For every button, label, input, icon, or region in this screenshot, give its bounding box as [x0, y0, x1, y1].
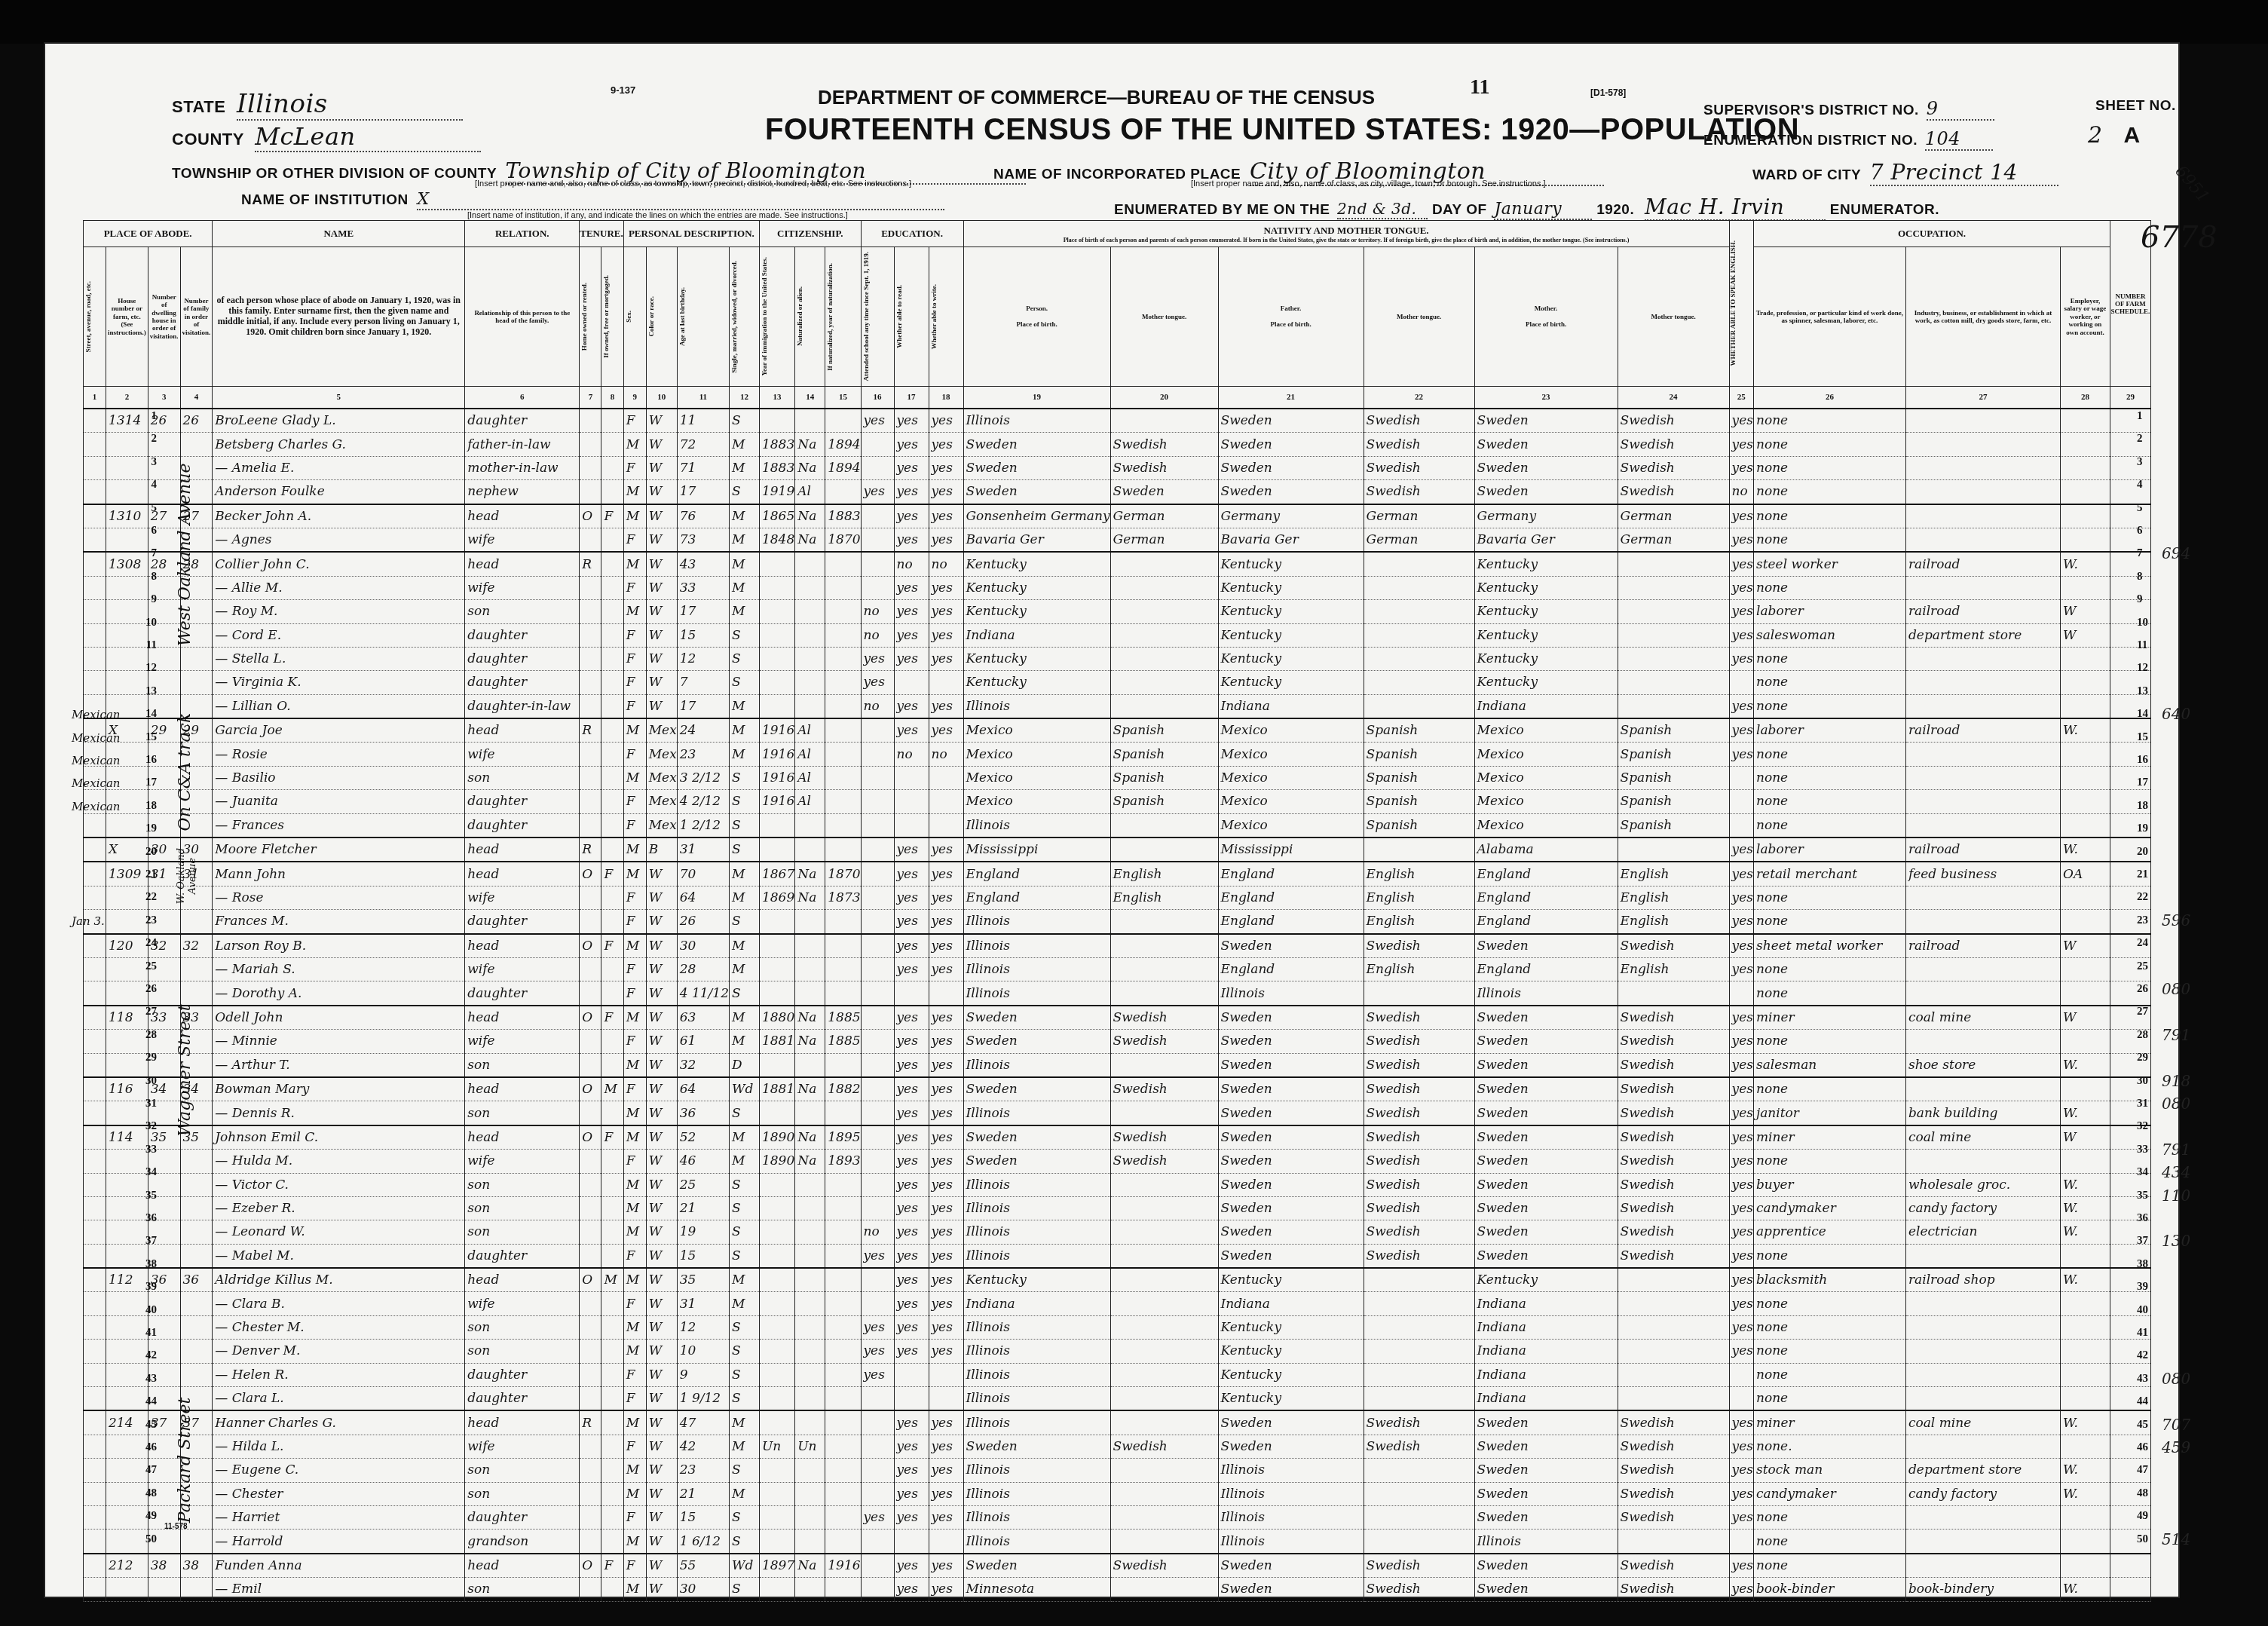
- cell-marital: S: [729, 1101, 759, 1125]
- cell-home: [580, 647, 601, 670]
- table-row: — HarroldgrandsonMW1 6/12SIllinoisIllino…: [84, 1530, 2151, 1554]
- cell-school: [861, 1077, 894, 1101]
- cell-name: Collier John C.: [213, 552, 465, 576]
- cell-class: W.: [2060, 552, 2110, 576]
- cell-read: yes: [894, 1315, 929, 1339]
- cell-race: W: [646, 1554, 677, 1578]
- cell-street: [84, 1196, 106, 1220]
- cell-m_tongue: [1618, 623, 1729, 647]
- cell-sex: F: [623, 1435, 646, 1458]
- col-number-12: 12: [729, 387, 759, 409]
- cell-tongue: Spanish: [1110, 766, 1218, 789]
- col-3-header: Number of dwelling house in order of vis…: [148, 247, 180, 387]
- cell-school: [861, 743, 894, 766]
- cell-read: yes: [894, 1101, 929, 1125]
- cell-class: [2060, 1315, 2110, 1339]
- cell-school: [861, 1006, 894, 1030]
- cell-sex: M: [623, 718, 646, 743]
- cell-sex: M: [623, 1459, 646, 1482]
- cell-tongue: Swedish: [1110, 1150, 1218, 1173]
- cell-m_tongue: Swedish: [1618, 934, 1729, 958]
- cell-m_birth: Indiana: [1474, 694, 1618, 718]
- cell-tongue: Spanish: [1110, 790, 1218, 813]
- supervisor-value: 9: [1927, 98, 1994, 121]
- col-19-header: Person.Place of birth.: [963, 247, 1110, 387]
- cell-mort: [601, 694, 623, 718]
- cell-school: [861, 718, 894, 743]
- cell-name: Moore Fletcher: [213, 837, 465, 862]
- cell-relation: daughter: [465, 671, 580, 694]
- sheet-label: Sheet No.: [2095, 98, 2176, 115]
- line-number: 30: [2137, 1075, 2158, 1088]
- cell-class: [2060, 1340, 2110, 1363]
- cell-trade: none: [1753, 743, 1905, 766]
- cell-immig: [759, 957, 794, 981]
- cell-trade: none: [1753, 1530, 1905, 1554]
- cell-immig: [759, 837, 794, 862]
- cell-nat: [795, 600, 825, 623]
- cell-age: 4 11/12: [677, 981, 729, 1006]
- line-number: 36: [136, 1212, 157, 1225]
- cell-mort: [601, 813, 623, 837]
- cell-class: W.: [2060, 1220, 2110, 1244]
- cell-m_birth: Sweden: [1474, 1244, 1618, 1268]
- cell-age: 1 2/12: [677, 813, 729, 837]
- cell-industry: feed business: [1905, 862, 2060, 886]
- table-row: — Ezeber R.sonMW21SyesyesIllinoisSwedenS…: [84, 1196, 2151, 1220]
- cell-mort: [601, 790, 623, 813]
- cell-relation: daughter: [465, 981, 580, 1006]
- cell-immig: [759, 1530, 794, 1554]
- cell-m_tongue: Swedish: [1618, 1244, 1729, 1268]
- cell-trade: none: [1753, 480, 1905, 504]
- cell-race: W: [646, 1173, 677, 1196]
- cell-m_tongue: [1618, 694, 1729, 718]
- cell-immig: [759, 1220, 794, 1244]
- cell-trade: laborer: [1753, 837, 1905, 862]
- township-label: Township or other division of county: [172, 166, 497, 182]
- col-number-2: 2: [106, 387, 148, 409]
- cell-nat: [795, 1173, 825, 1196]
- cell-street: [84, 1363, 106, 1386]
- cell-street: [84, 862, 106, 886]
- cell-m_tongue: Swedish: [1618, 456, 1729, 479]
- cell-home: [580, 1173, 601, 1196]
- table-row: — Dennis R.sonMW36SyesyesIllinoisSwedenS…: [84, 1101, 2151, 1125]
- cell-birth: England: [963, 886, 1110, 909]
- ed-label: Enumeration District No.: [1703, 133, 1918, 149]
- line-number: 41: [2137, 1327, 2158, 1340]
- cell-street: [84, 409, 106, 433]
- column-number-row: 1234567891011121314151617181920212223242…: [84, 387, 2151, 409]
- cell-m_tongue: Swedish: [1618, 1459, 1729, 1482]
- cell-natyr: 1885: [825, 1030, 861, 1053]
- cell-marital: S: [729, 1505, 759, 1529]
- cell-class: W: [2060, 1125, 2110, 1150]
- cell-english: yes: [1729, 1006, 1753, 1030]
- street-name: Wagoner Street: [176, 910, 194, 1231]
- cell-school: no: [861, 1220, 894, 1244]
- cell-race: W: [646, 480, 677, 504]
- cell-name: — Mabel M.: [213, 1244, 465, 1268]
- cell-class: W.: [2060, 1482, 2110, 1505]
- cell-race: W: [646, 1196, 677, 1220]
- line-number: 27: [136, 1006, 157, 1018]
- cell-age: 33: [677, 576, 729, 599]
- cell-age: 24: [677, 718, 729, 743]
- cell-name: — Harrold: [213, 1530, 465, 1554]
- cell-m_tongue: Swedish: [1618, 1410, 1729, 1435]
- cell-nat: Na: [795, 1125, 825, 1150]
- cell-industry: bank building: [1905, 1101, 2060, 1125]
- cell-industry: book-bindery: [1905, 1578, 2060, 1601]
- cell-immig: [759, 600, 794, 623]
- cell-home: [580, 1292, 601, 1315]
- cell-relation: son: [465, 1220, 580, 1244]
- cell-mort: [601, 1459, 623, 1482]
- cell-m_birth: Sweden: [1474, 1196, 1618, 1220]
- cell-nat: [795, 981, 825, 1006]
- occupation-code: 080: [2162, 980, 2190, 998]
- cell-birth: Kentucky: [963, 600, 1110, 623]
- cell-nat: [795, 910, 825, 934]
- cell-relation: wife: [465, 743, 580, 766]
- cell-trade: laborer: [1753, 718, 1905, 743]
- col-16-header: Attended school any time since Sept. 1, …: [861, 247, 894, 387]
- cell-read: yes: [894, 1053, 929, 1077]
- cell-m_tongue: [1618, 600, 1729, 623]
- cell-home: O: [580, 504, 601, 528]
- cell-sex: M: [623, 1006, 646, 1030]
- cell-write: yes: [929, 1578, 963, 1601]
- cell-industry: coal mine: [1905, 1125, 2060, 1150]
- line-number: 26: [2137, 983, 2158, 996]
- cell-marital: M: [729, 886, 759, 909]
- cell-name: — Roy M.: [213, 600, 465, 623]
- cell-relation: daughter: [465, 409, 580, 433]
- cell-school: [861, 957, 894, 981]
- cell-trade: salesman: [1753, 1053, 1905, 1077]
- cell-trade: none: [1753, 671, 1905, 694]
- cell-natyr: [825, 766, 861, 789]
- cell-school: [861, 1101, 894, 1125]
- line-number: 23: [2137, 914, 2158, 927]
- occupation-code: 596: [2162, 911, 2190, 929]
- cell-industry: railroad: [1905, 718, 2060, 743]
- col-number-26: 26: [1753, 387, 1905, 409]
- cell-home: [580, 1435, 601, 1458]
- cell-f_tongue: Swedish: [1364, 1220, 1474, 1244]
- cell-f_birth: Mexico: [1218, 790, 1364, 813]
- cell-nat: Al: [795, 790, 825, 813]
- cell-birth: Mississippi: [963, 837, 1110, 862]
- cell-mort: [601, 1315, 623, 1339]
- cell-tongue: Sweden: [1110, 480, 1218, 504]
- cell-sex: F: [623, 1292, 646, 1315]
- cell-m_tongue: Spanish: [1618, 813, 1729, 837]
- cell-class: [2060, 694, 2110, 718]
- occupation-code: 110: [2162, 1187, 2190, 1205]
- cell-write: [929, 1530, 963, 1554]
- cell-marital: S: [729, 480, 759, 504]
- cell-birth: Minnesota: [963, 1578, 1110, 1601]
- cell-name: — Basilio: [213, 766, 465, 789]
- cell-m_tongue: [1618, 837, 1729, 862]
- cell-name: — Minnie: [213, 1030, 465, 1053]
- cell-f_tongue: [1364, 647, 1474, 670]
- cell-street: [84, 456, 106, 479]
- cell-f_birth: Mexico: [1218, 813, 1364, 837]
- cell-trade: steel worker: [1753, 552, 1905, 576]
- cell-mort: [601, 1505, 623, 1529]
- census-table: Place of Abode. Name Relation. Tenure. P…: [83, 220, 2151, 1602]
- cell-marital: Wd: [729, 1077, 759, 1101]
- cell-read: yes: [894, 957, 929, 981]
- cell-sex: F: [623, 910, 646, 934]
- cell-f_tongue: [1364, 1482, 1474, 1505]
- cell-nat: [795, 1363, 825, 1386]
- cell-school: [861, 1482, 894, 1505]
- cell-read: [894, 981, 929, 1006]
- cell-race: W: [646, 409, 677, 433]
- cell-race: B: [646, 837, 677, 862]
- cell-industry: [1905, 1244, 2060, 1268]
- cell-age: 9: [677, 1363, 729, 1386]
- cell-natyr: [825, 813, 861, 837]
- cell-race: W: [646, 1578, 677, 1601]
- cell-industry: [1905, 743, 2060, 766]
- table-row: — FrancesdaughterFMex1 2/12SIllinoisMexi…: [84, 813, 2151, 837]
- cell-f_birth: Sweden: [1218, 1077, 1364, 1101]
- cell-age: 35: [677, 1268, 729, 1292]
- cell-nat: [795, 1053, 825, 1077]
- cell-f_tongue: [1364, 1292, 1474, 1315]
- cell-f_birth: Sweden: [1218, 1410, 1364, 1435]
- cell-read: [894, 813, 929, 837]
- cell-nat: [795, 694, 825, 718]
- cell-home: [580, 1244, 601, 1268]
- cell-industry: [1905, 1505, 2060, 1529]
- cell-name: Bowman Mary: [213, 1077, 465, 1101]
- cell-write: yes: [929, 456, 963, 479]
- cell-f_birth: Sweden: [1218, 1220, 1364, 1244]
- cell-natyr: 1893: [825, 1150, 861, 1173]
- cell-english: yes: [1729, 1125, 1753, 1150]
- cell-trade: none: [1753, 1554, 1905, 1578]
- cell-f_birth: Kentucky: [1218, 647, 1364, 670]
- cell-f_birth: Sweden: [1218, 1006, 1364, 1030]
- cell-natyr: [825, 623, 861, 647]
- table-row: X2929Garcia JoeheadRMMex24M1916AlyesyesM…: [84, 718, 2151, 743]
- cell-street: [84, 1459, 106, 1482]
- cell-trade: none: [1753, 409, 1905, 433]
- cell-birth: Illinois: [963, 1220, 1110, 1244]
- cell-m_tongue: Swedish: [1618, 1101, 1729, 1125]
- cell-m_tongue: Spanish: [1618, 718, 1729, 743]
- cell-f_tongue: Swedish: [1364, 480, 1474, 504]
- cell-birth: Illinois: [963, 1505, 1110, 1529]
- cell-home: [580, 766, 601, 789]
- cell-race: W: [646, 1125, 677, 1150]
- cell-f_birth: Sweden: [1218, 1150, 1364, 1173]
- cell-race: W: [646, 576, 677, 599]
- cell-family: 38: [180, 1554, 213, 1578]
- cell-class: W.: [2060, 1101, 2110, 1125]
- cell-home: [580, 1315, 601, 1339]
- scan-border-top: [0, 0, 2268, 44]
- cell-f_tongue: Swedish: [1364, 456, 1474, 479]
- cell-relation: wife: [465, 1292, 580, 1315]
- cell-f_birth: Mexico: [1218, 766, 1364, 789]
- cell-tongue: [1110, 409, 1218, 433]
- cell-birth: Illinois: [963, 1244, 1110, 1268]
- cell-race: W: [646, 910, 677, 934]
- cell-trade: blacksmith: [1753, 1268, 1905, 1292]
- cell-age: 15: [677, 1244, 729, 1268]
- cell-tongue: [1110, 1387, 1218, 1411]
- cell-marital: M: [729, 433, 759, 456]
- cell-dwelling: 38: [148, 1554, 180, 1578]
- line-number: 28: [136, 1029, 157, 1042]
- cell-english: [1729, 766, 1753, 789]
- ward-label: Ward of city: [1752, 167, 1861, 183]
- cell-read: yes: [894, 886, 929, 909]
- table-row: — Leonard W.sonMW19SnoyesyesIllinoisSwed…: [84, 1220, 2151, 1244]
- cell-read: yes: [894, 1410, 929, 1435]
- nativity-desc: Place of birth of each person and parent…: [964, 237, 1729, 243]
- cell-home: R: [580, 718, 601, 743]
- county-value: McLean: [255, 122, 481, 152]
- line-number: 14: [2137, 708, 2158, 721]
- cell-birth: Illinois: [963, 1387, 1110, 1411]
- col-number-1: 1: [84, 387, 106, 409]
- cell-name: — Hilda L.: [213, 1435, 465, 1458]
- table-row: 13093131Mann JohnheadOFMW70M1867Na1870ye…: [84, 862, 2151, 886]
- cell-m_birth: Sweden: [1474, 1150, 1618, 1173]
- cell-natyr: [825, 694, 861, 718]
- cell-nat: [795, 1268, 825, 1292]
- cell-relation: grandson: [465, 1530, 580, 1554]
- line-number: 9: [136, 593, 157, 606]
- cell-write: yes: [929, 1315, 963, 1339]
- line-number: 1: [136, 410, 157, 423]
- cell-write: yes: [929, 1482, 963, 1505]
- cell-natyr: [825, 718, 861, 743]
- cell-natyr: [825, 1244, 861, 1268]
- cell-read: yes: [894, 1220, 929, 1244]
- table-row: — RosiewifeFMex23M1916AlnonoMexicoSpanis…: [84, 743, 2151, 766]
- cell-english: yes: [1729, 886, 1753, 909]
- cell-mort: [601, 1196, 623, 1220]
- sheet-field: 2 A: [2088, 122, 2140, 149]
- cell-home: [580, 1482, 601, 1505]
- cell-birth: Illinois: [963, 1482, 1110, 1505]
- cell-nat: [795, 957, 825, 981]
- col-13-header: Year of immigration to the United States…: [759, 247, 794, 387]
- cell-school: [861, 1292, 894, 1315]
- cell-relation: head: [465, 1268, 580, 1292]
- cell-m_tongue: Swedish: [1618, 1173, 1729, 1196]
- cell-street: [84, 934, 106, 958]
- cell-tongue: [1110, 1053, 1218, 1077]
- line-number: 21: [136, 868, 157, 881]
- cell-industry: [1905, 1530, 2060, 1554]
- month-value: January: [1494, 200, 1592, 220]
- cell-mort: F: [601, 934, 623, 958]
- cell-name: — Harriet: [213, 1505, 465, 1529]
- cell-marital: S: [729, 1578, 759, 1601]
- cell-mort: [601, 1340, 623, 1363]
- cell-f_tongue: [1364, 1505, 1474, 1529]
- cell-home: R: [580, 837, 601, 862]
- cell-read: yes: [894, 934, 929, 958]
- col-26-header: Trade, profession, or particular kind of…: [1753, 247, 1905, 387]
- cell-mort: [601, 837, 623, 862]
- col-25-header: Whether able to speak English.: [1729, 221, 1753, 387]
- table-row: 1163434Bowman MaryheadOMFW64Wd1881Na1882…: [84, 1077, 2151, 1101]
- cell-immig: [759, 1340, 794, 1363]
- cell-m_birth: Indiana: [1474, 1292, 1618, 1315]
- state-value: Illinois: [237, 89, 463, 121]
- cell-school: [861, 862, 894, 886]
- cell-mort: [601, 1150, 623, 1173]
- table-row: — AgneswifeFW73M1848Na1870yesyesBavaria …: [84, 528, 2151, 552]
- line-number: 29: [136, 1052, 157, 1064]
- cell-m_birth: Illinois: [1474, 1530, 1618, 1554]
- cell-tongue: [1110, 647, 1218, 670]
- cell-school: [861, 1387, 894, 1411]
- line-number: 46: [2137, 1441, 2158, 1454]
- cell-english: [1729, 813, 1753, 837]
- line-number: 16: [136, 754, 157, 767]
- cell-natyr: [825, 1340, 861, 1363]
- cell-write: yes: [929, 1053, 963, 1077]
- cell-write: yes: [929, 480, 963, 504]
- cell-race: W: [646, 1268, 677, 1292]
- cell-nat: [795, 1505, 825, 1529]
- cell-sex: F: [623, 409, 646, 433]
- cell-school: [861, 1435, 894, 1458]
- col-number-24: 24: [1618, 387, 1729, 409]
- cell-industry: [1905, 1363, 2060, 1386]
- line-number: 43: [136, 1373, 157, 1386]
- group-nativity: Nativity and Mother Tongue. Place of bir…: [963, 221, 1729, 247]
- cell-immig: 1880: [759, 1006, 794, 1030]
- cell-class: W.: [2060, 1578, 2110, 1601]
- line-number: 24: [2137, 937, 2158, 950]
- cell-age: 23: [677, 743, 729, 766]
- cell-race: W: [646, 1410, 677, 1435]
- cell-marital: S: [729, 813, 759, 837]
- cell-immig: [759, 694, 794, 718]
- cell-industry: [1905, 981, 2060, 1006]
- cell-birth: Mexico: [963, 766, 1110, 789]
- cell-industry: [1905, 528, 2060, 552]
- line-number: 1: [2137, 410, 2158, 423]
- cell-street: [84, 480, 106, 504]
- cell-street: [84, 1578, 106, 1601]
- col-4-header: Number of family in order of visitation.: [180, 247, 213, 387]
- cell-f_birth: Sweden: [1218, 409, 1364, 433]
- cell-read: yes: [894, 409, 929, 433]
- cell-f_tongue: [1364, 694, 1474, 718]
- cell-natyr: [825, 480, 861, 504]
- cell-school: [861, 528, 894, 552]
- cell-english: yes: [1729, 1101, 1753, 1125]
- cell-relation: wife: [465, 1030, 580, 1053]
- cell-home: [580, 1387, 601, 1411]
- cell-class: [2060, 957, 2110, 981]
